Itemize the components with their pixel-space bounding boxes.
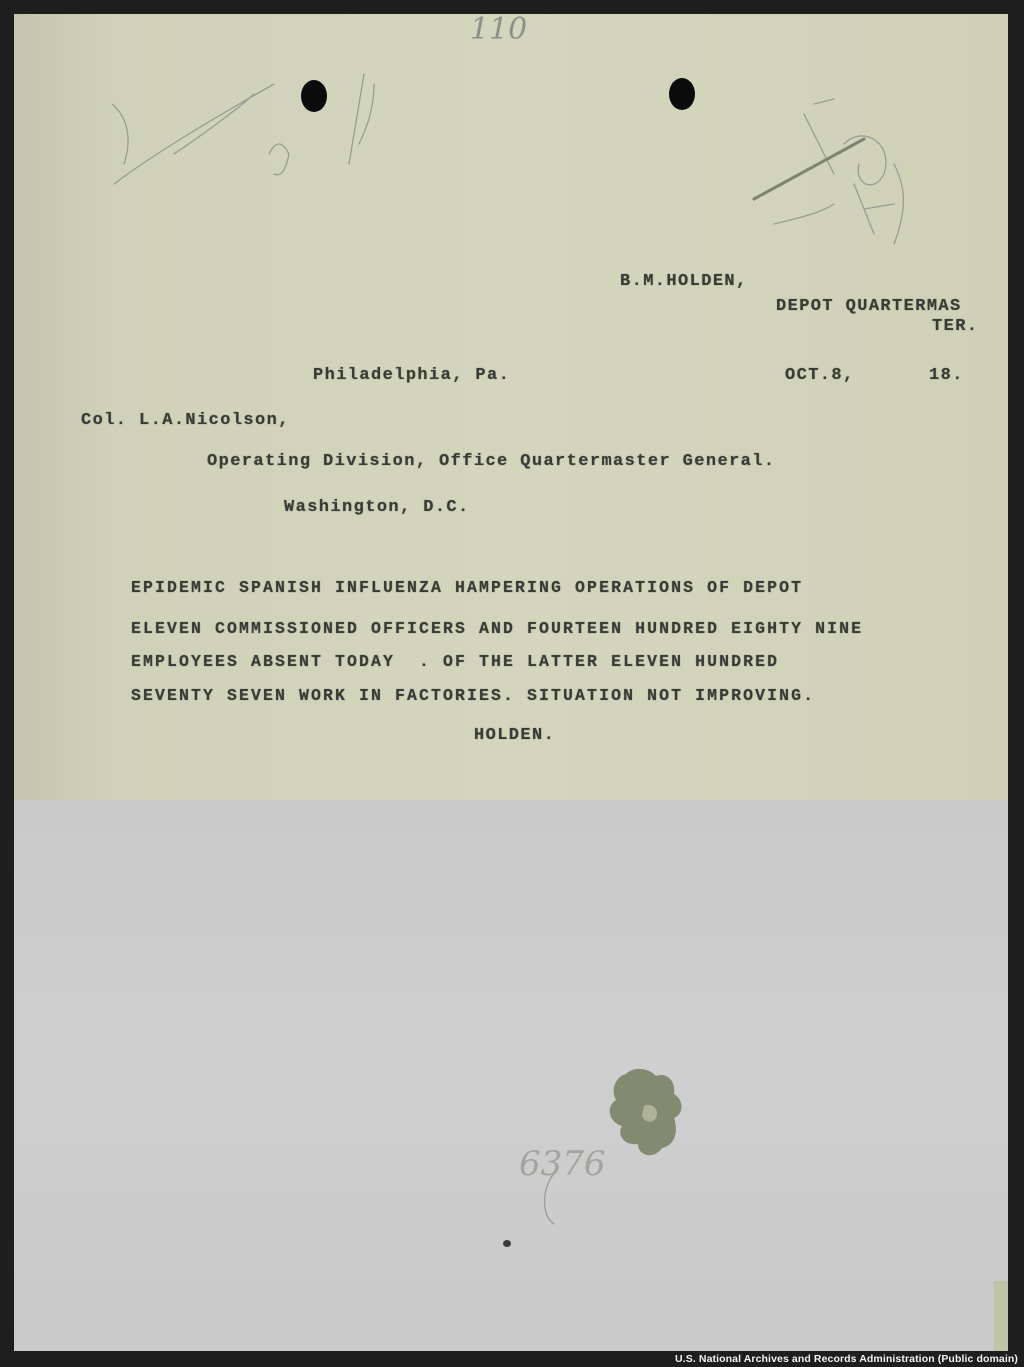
origin-place: Philadelphia, Pa.: [313, 366, 510, 385]
sender-title-line2: TER.: [932, 317, 978, 336]
pencil-marks-icon: [14, 14, 1008, 1351]
document-page: 110 6376 B.M.HOLDEN, DEPOT QUARTERMAS TE…: [14, 14, 1008, 1351]
handwritten-number-bottom: 6376: [519, 1144, 606, 1184]
recipient-division: Operating Division, Office Quartermaster…: [207, 452, 775, 471]
message-line-1: EPIDEMIC SPANISH INFLUENZA HAMPERING OPE…: [131, 578, 803, 597]
signature: HOLDEN.: [474, 726, 555, 745]
image-credit: U.S. National Archives and Records Admin…: [675, 1353, 1018, 1365]
sender-name: B.M.HOLDEN,: [620, 272, 748, 291]
stain-mark-icon: [604, 1066, 689, 1161]
message-line-3: EMPLOYEES ABSENT TODAY . OF THE LATTER E…: [131, 652, 779, 671]
date: OCT.8,: [785, 366, 855, 385]
message-line-2: ELEVEN COMMISSIONED OFFICERS AND FOURTEE…: [131, 619, 863, 638]
recipient-location: Washington, D.C.: [284, 498, 470, 517]
sender-title-line1: DEPOT QUARTERMAS: [776, 297, 962, 316]
message-line-4: SEVENTY SEVEN WORK IN FACTORIES. SITUATI…: [131, 686, 815, 705]
handwritten-number-top: 110: [470, 14, 527, 47]
ink-dot: [503, 1240, 511, 1247]
year: 18.: [929, 366, 964, 385]
recipient-name: Col. L.A.Nicolson,: [81, 411, 290, 430]
